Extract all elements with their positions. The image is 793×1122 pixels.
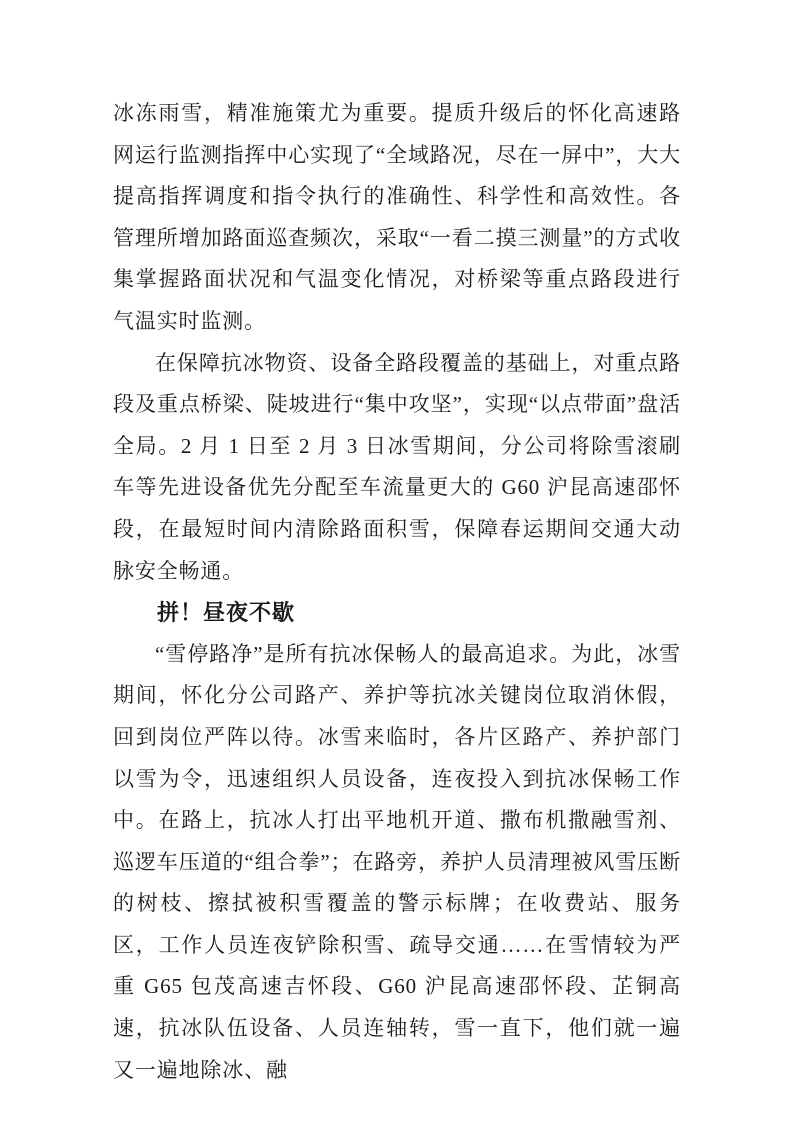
document-page: 冰冻雨雪，精准施策尤为重要。提质升级后的怀化高速路网运行监测指挥中心实现了“全域…: [0, 0, 793, 1122]
page-content: 冰冻雨雪，精准施策尤为重要。提质升级后的怀化高速路网运行监测指挥中心实现了“全域…: [113, 93, 681, 1091]
section-heading: 拼！昼夜不歇: [113, 592, 681, 634]
body-paragraph-continued: 冰冻雨雪，精准施策尤为重要。提质升级后的怀化高速路网运行监测指挥中心实现了“全域…: [113, 93, 681, 343]
body-paragraph: “雪停路净”是所有抗冰保畅人的最高追求。为此，冰雪期间，怀化分公司路产、养护等抗…: [113, 634, 681, 1092]
body-paragraph: 在保障抗冰物资、设备全路段覆盖的基础上，对重点路段及重点桥梁、陡坡进行“集中攻坚…: [113, 343, 681, 593]
